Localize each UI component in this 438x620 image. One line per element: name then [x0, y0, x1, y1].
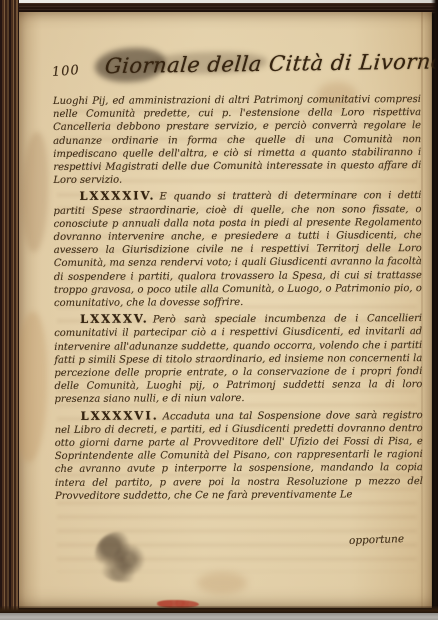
book-spine-page-edges [0, 0, 19, 620]
paragraph-number: LXXXXV. [80, 312, 153, 326]
catchword: opportune [349, 533, 404, 547]
paragraph-text: Luoghi Pij, ed amministrazioni di altri … [53, 94, 421, 186]
paragraph-96: LXXXXVI.Accaduta una tal Sospensione dov… [55, 408, 423, 503]
paragraph-number: LXXXXIV. [79, 189, 159, 203]
paragraph-text: E quando si tratterà di determinare con … [54, 190, 422, 309]
page-title: Giornale della Città di Livorno [104, 50, 406, 78]
paragraph-text: Accaduta una tal Sospensione dove sarà r… [55, 410, 423, 502]
paragraph-continuation: Luoghi Pij, ed amministrazioni di altri … [53, 93, 421, 187]
ink-scribble-mark [95, 532, 147, 582]
page-number: 100 [52, 63, 81, 80]
photo-right-edge [431, 0, 438, 620]
paragraph-94: LXXXXIV.E quando si tratterà di determin… [53, 188, 422, 310]
paragraph-95: LXXXXV.Però sarà speciale incumbenza de … [54, 311, 422, 406]
foxing-spot [197, 572, 247, 594]
manuscript-photo: 100 Giornale della Città di Livorno Luog… [0, 0, 438, 620]
manuscript-text-block: Luoghi Pij, ed amministrazioni di altri … [53, 93, 423, 506]
edge-stain [22, 132, 48, 252]
manuscript-page: 100 Giornale della Città di Livorno Luog… [17, 12, 432, 608]
paragraph-text: Però sarà speciale incumbenza de i Cance… [54, 313, 422, 405]
table-surface-strip [0, 613, 438, 620]
paragraph-number: LXXXXVI. [81, 408, 163, 422]
